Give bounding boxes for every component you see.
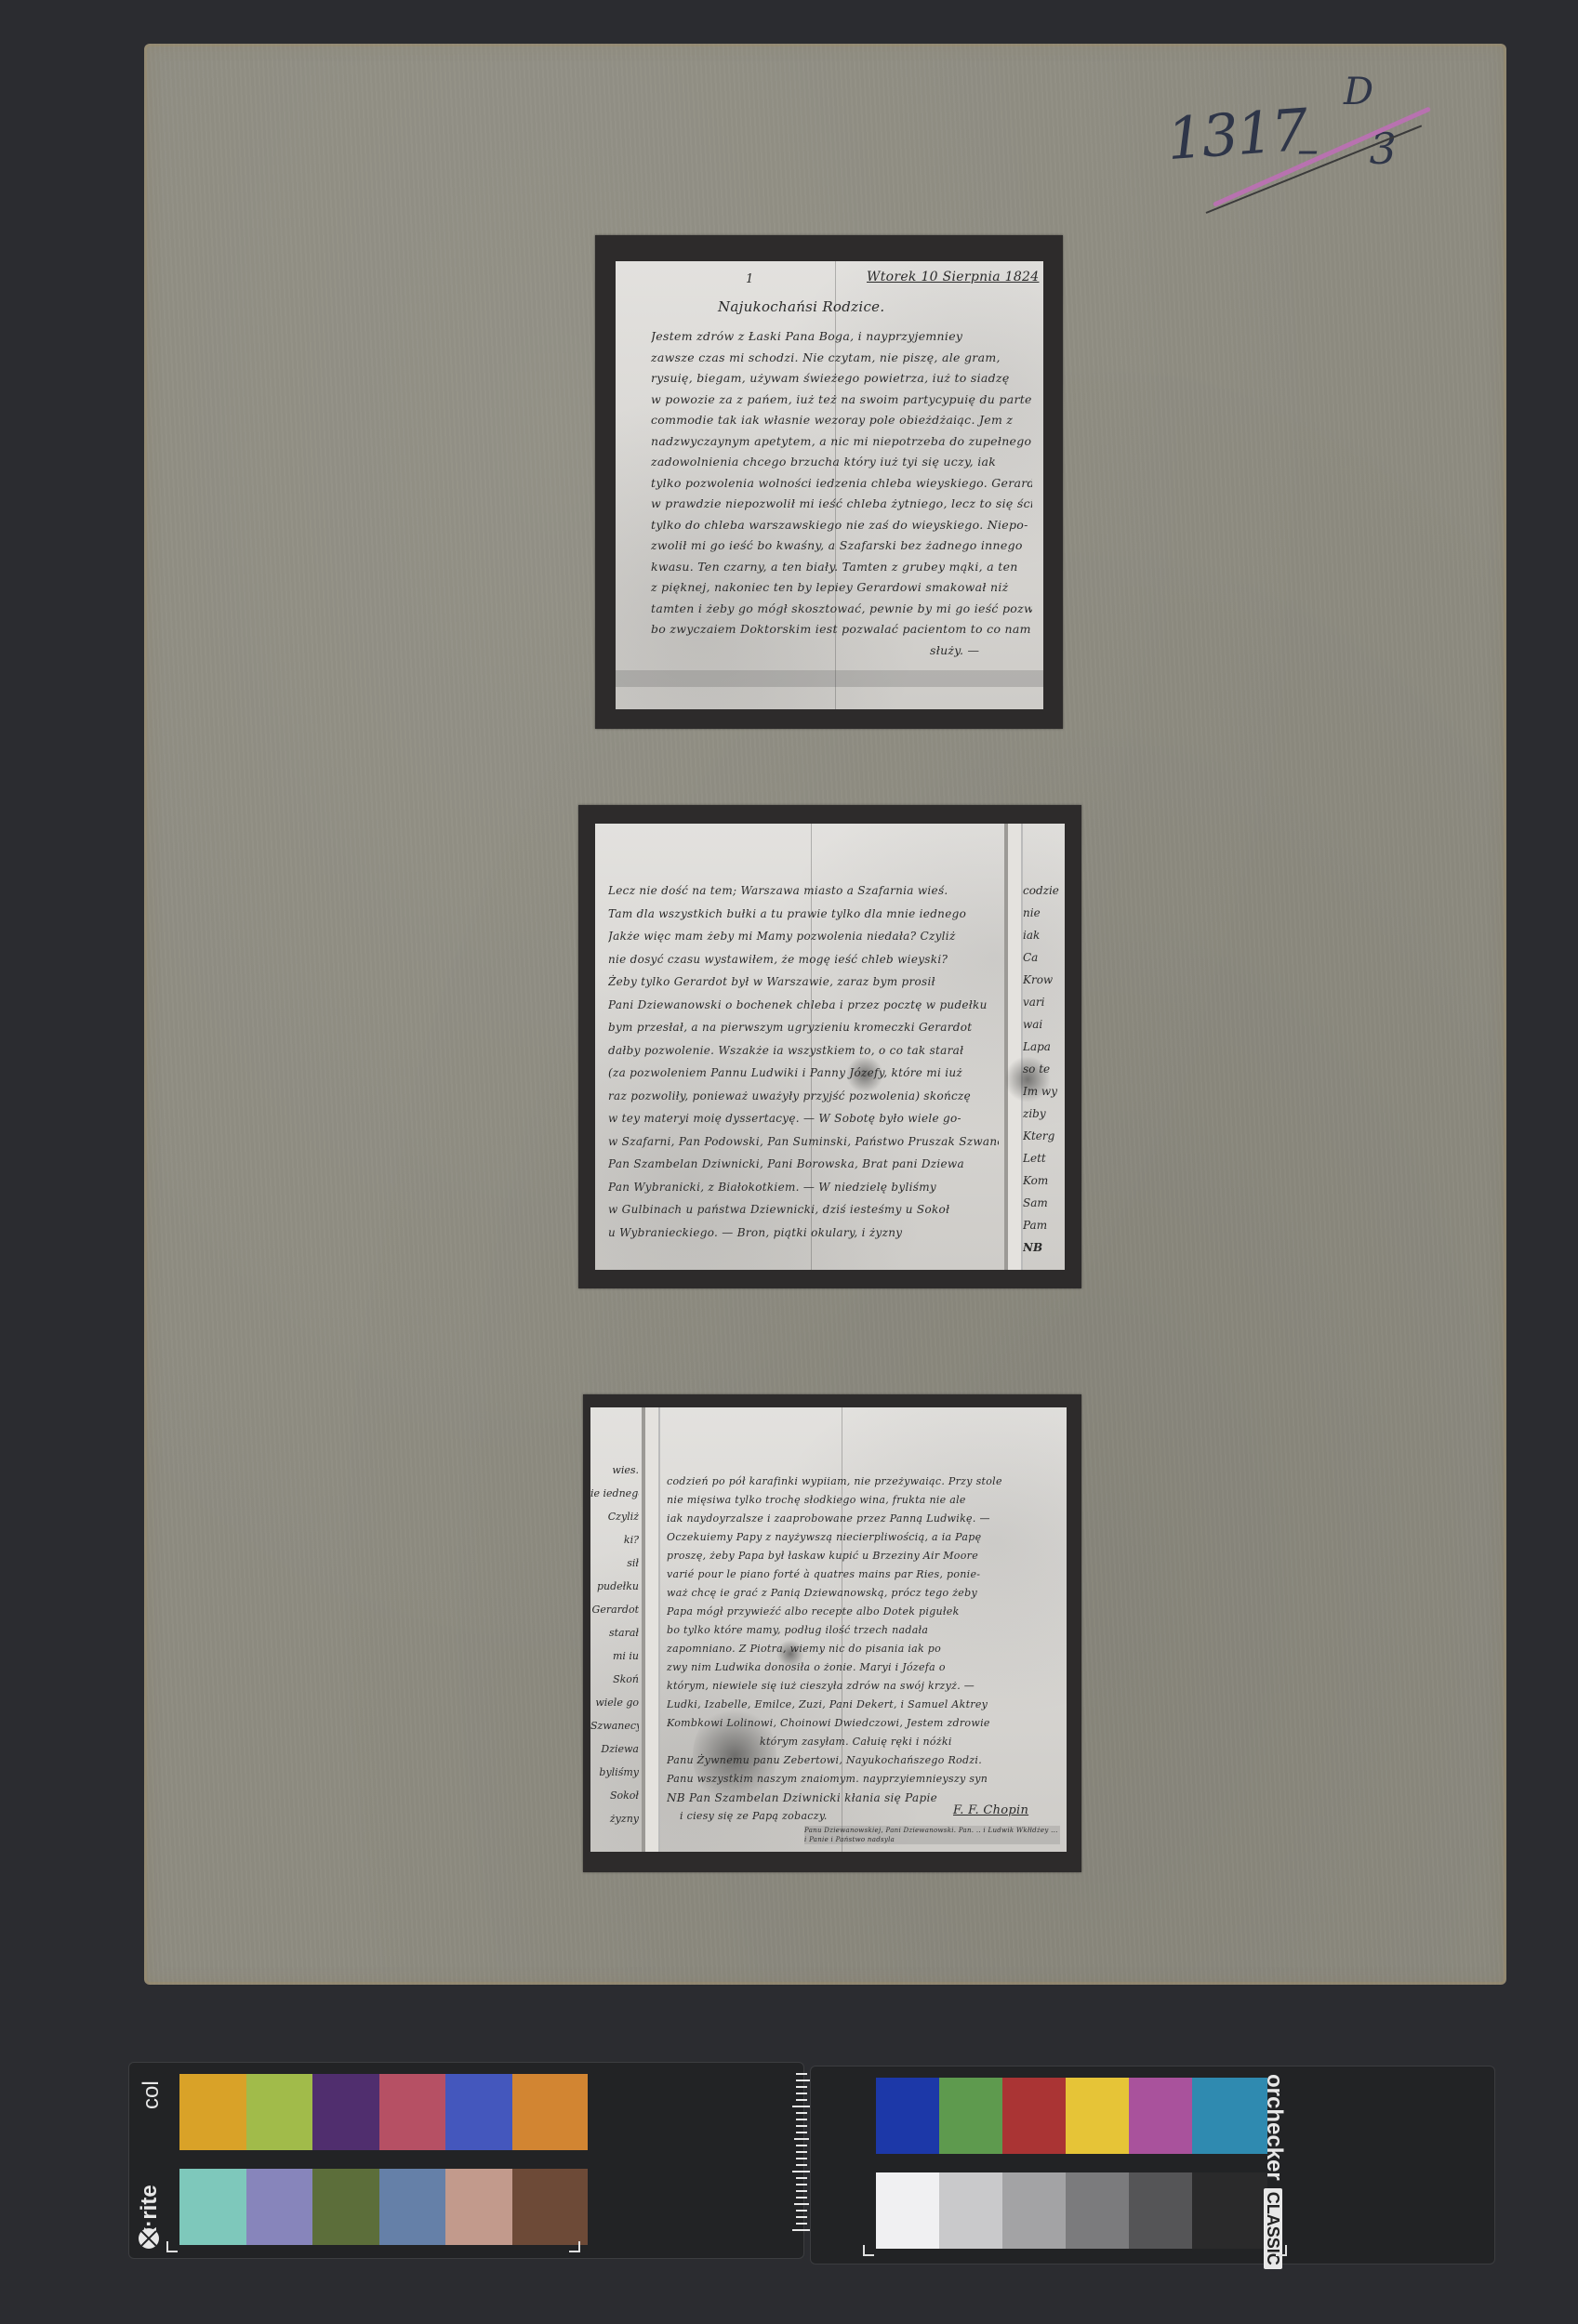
ink-stain xyxy=(776,1640,804,1668)
text-line: nadzwyczaynym apetytem, a nic mi niepotr… xyxy=(651,431,1032,453)
text-line: zadowolnienia chcego brzucha który iuż t… xyxy=(651,452,1032,473)
text-line: Kom xyxy=(1023,1169,1065,1192)
text-line: Ca xyxy=(1023,946,1065,969)
ruler-tick xyxy=(796,2151,807,2153)
color-patch xyxy=(512,2074,588,2150)
page-mark: 1 xyxy=(746,267,754,292)
letter-page-1: 1 Wtorek 10 Sierpnia 1824 Najukochańsi R… xyxy=(616,261,1043,709)
text-line: z pięknej, nakoniec ten by lepiey Gerard… xyxy=(651,577,1032,599)
ruler-tick xyxy=(796,2093,807,2094)
text-line: dałby pozwolenie. Wszakże ia wszystkiem … xyxy=(608,1039,999,1063)
text-line: pudełku xyxy=(590,1575,639,1598)
footer-note: Panu Dziewanowskiej, Pani Dziewanowski. … xyxy=(804,1826,1060,1844)
ruler-tick xyxy=(796,2210,807,2212)
text-line: commodie tak iak własnie wezoray pole ob… xyxy=(651,410,1032,431)
fold-shadow xyxy=(616,670,1043,687)
text-line: w Gulbinach u państwa Dziewnicki, dziś i… xyxy=(608,1198,999,1221)
text-line: zapomniano. Z Piotra, wiemy nic do pisan… xyxy=(667,1640,1057,1658)
text-line: codzie xyxy=(1023,879,1065,902)
text-line: Kterg xyxy=(1023,1125,1065,1147)
photo-page-1: 1 Wtorek 10 Sierpnia 1824 Najukochańsi R… xyxy=(595,235,1063,729)
text-line: Sokoł xyxy=(590,1784,639,1807)
text-line: w Szafarni, Pan Podowski, Pan Suminski, … xyxy=(608,1130,999,1154)
text-line: bo tylko które mamy, podług ilość trzech… xyxy=(667,1621,1057,1640)
text-line: starał xyxy=(590,1621,639,1644)
ruler-tick xyxy=(796,2119,807,2120)
text-line: zawsze czas mi schodzi. Nie czytam, nie … xyxy=(651,348,1032,369)
corner-mark xyxy=(863,2245,874,2256)
text-line: Pan Szambelan Dziwnicki, Pani Borowska, … xyxy=(608,1153,999,1176)
text-line: Krow xyxy=(1023,969,1065,991)
archive-number-superscript: D xyxy=(1344,71,1373,113)
adjacent-page-edge-text: wies. ie iednego Czyliż ki? sił pudełku … xyxy=(590,1459,639,1830)
color-checker-left-card: col x·rite xyxy=(128,2062,804,2259)
text-line: Oczekuiemy Papy z nayżywszą niecierpliwo… xyxy=(667,1528,1057,1547)
text-line: Skoń xyxy=(590,1668,639,1691)
photo-page-3: wies. ie iednego Czyliż ki? sił pudełku … xyxy=(583,1394,1081,1872)
ruler-tick xyxy=(796,2125,807,2127)
ruler-tick xyxy=(796,2145,807,2146)
classic-badge: CLASSIC xyxy=(1264,2188,1282,2269)
ruler-tick xyxy=(796,2164,807,2166)
text-line: iak xyxy=(1023,924,1065,946)
text-line: Pani Dziewanowski o bochenek chleba i pr… xyxy=(608,994,999,1017)
text-line: żyzny xyxy=(590,1807,639,1830)
color-patch xyxy=(379,2074,455,2150)
color-patch xyxy=(379,2169,455,2245)
colorchecker-brand-text: orchecker xyxy=(1262,2074,1287,2181)
text-line: tamten i żeby go mógł skosztować, pewnie… xyxy=(651,599,1032,620)
text-line: u Wybranieckiego. — Bron, piątki okulary… xyxy=(608,1221,999,1245)
text-line: nie xyxy=(1023,902,1065,924)
text-line: zwy nim Ludwika donosiła o żonie. Maryi … xyxy=(667,1658,1057,1677)
text-line: sił xyxy=(590,1552,639,1575)
ruler-tick xyxy=(796,2216,807,2218)
text-line: Jakże więc mam żeby mi Mamy pozwolenia n… xyxy=(608,925,999,948)
text-line: Szwanecy xyxy=(590,1714,639,1737)
text-line: Czyliż xyxy=(590,1505,639,1528)
color-patch xyxy=(445,2074,521,2150)
text-line: NB xyxy=(1023,1236,1065,1259)
text-line: waż chcę ie grać z Panią Dziewanowską, p… xyxy=(667,1584,1057,1603)
archive-number: 1317 xyxy=(1165,96,1309,173)
text-line: codzień po pół karafinki wypiiam, nie pr… xyxy=(667,1472,1057,1491)
ruler-tick xyxy=(796,2177,807,2179)
text-line: Sam xyxy=(1023,1192,1065,1214)
ruler-tick xyxy=(794,2138,809,2140)
text-line: Lapa xyxy=(1023,1036,1065,1058)
archive-number-suffix: – 3 xyxy=(1297,124,1415,174)
text-line: (za pozwoleniem Pannu Ludwiki i Panny Jó… xyxy=(608,1062,999,1085)
text-line: Gerardot xyxy=(590,1598,639,1621)
text-line: tylko do chleba warszawskiego nie zaś do… xyxy=(651,515,1032,536)
corner-mark xyxy=(1276,2245,1287,2256)
archive-number-annotation: 1317 D – 3 xyxy=(1158,73,1437,221)
ruler-tick xyxy=(796,2132,807,2133)
text-line: bo zwyczaiem Doktorskim iest pozwalać pa… xyxy=(651,619,1032,640)
text-line: ki? xyxy=(590,1528,639,1552)
color-patch xyxy=(246,2169,322,2245)
ruler-tick xyxy=(794,2203,809,2205)
text-line: raz pozwoliły, ponieważ uważyły przyjść … xyxy=(608,1085,999,1108)
color-patch xyxy=(1192,2078,1267,2154)
page-join-strip xyxy=(642,1407,660,1852)
ruler-tick xyxy=(796,2073,807,2075)
color-patch xyxy=(179,2169,255,2245)
text-line: Żeby tylko Gerardot był w Warszawie, zar… xyxy=(608,971,999,994)
color-patch xyxy=(246,2074,322,2150)
color-patch xyxy=(312,2074,388,2150)
color-checker-right-card: orcheckerCLASSIC xyxy=(810,2066,1495,2265)
text-line: varié pour le piano forté à quatres main… xyxy=(667,1565,1057,1584)
text-line: byliśmy xyxy=(590,1761,639,1784)
ink-stain xyxy=(693,1705,776,1807)
ruler-tick xyxy=(796,2223,807,2225)
text-line: zwolił mi go ieść bo kwaśny, a Szafarski… xyxy=(651,535,1032,557)
ruler-tick xyxy=(796,2197,807,2199)
ruler-tick xyxy=(796,2158,807,2159)
text-line: w powozie za z pańem, iuż też na swoim p… xyxy=(651,390,1032,411)
signature: F. F. Chopin xyxy=(953,1798,1028,1823)
color-patch xyxy=(512,2169,588,2245)
text-line: nie mięsiwa tylko trochę słodkiego wina,… xyxy=(667,1491,1057,1510)
text-line: w prawdzie niepozwolił mi ieść chleba ży… xyxy=(651,494,1032,515)
letter-body: Jestem zdrów z Łaski Pana Boga, i nayprz… xyxy=(651,326,1032,661)
letter-page-2: Lecz nie dość na tem; Warszawa miasto a … xyxy=(595,824,1065,1270)
text-line: Tam dla wszystkich bułki a tu prawie tyl… xyxy=(608,903,999,926)
text-line: Pam xyxy=(1023,1214,1065,1236)
text-line: mi iu xyxy=(590,1644,639,1668)
photo-page-2: Lecz nie dość na tem; Warszawa miasto a … xyxy=(578,805,1081,1288)
text-line: proszę, żeby Papa był łaskaw kupić u Brz… xyxy=(667,1547,1057,1565)
text-line: Dziewa xyxy=(590,1737,639,1761)
text-line: Jestem zdrów z Łaski Pana Boga, i nayprz… xyxy=(651,326,1032,348)
ruler-tick xyxy=(796,2112,807,2114)
text-line: vari xyxy=(1023,991,1065,1013)
color-patch xyxy=(312,2169,388,2245)
text-line: iak naydoyrzalsze i zaaprobowane przez P… xyxy=(667,1510,1057,1528)
text-line: ie iednego xyxy=(590,1482,639,1505)
text-line: bym przesłał, a na pierwszym ugryzieniu … xyxy=(608,1016,999,1039)
ruler-tick xyxy=(796,2099,807,2101)
salutation: Najukochańsi Rodzice. xyxy=(718,295,884,320)
corner-mark xyxy=(569,2241,580,2252)
page-join-strip xyxy=(1004,824,1023,1270)
ruler-tick xyxy=(796,2086,807,2088)
ruler-tick xyxy=(796,2080,811,2081)
text-line: wai xyxy=(1023,1013,1065,1036)
corner-mark xyxy=(166,2241,178,2252)
letter-page-3: wies. ie iednego Czyliż ki? sił pudełku … xyxy=(590,1407,1067,1852)
ruler-tick xyxy=(796,2190,807,2192)
text-line: Pan Wybranicki, z Białokotkiem. — W nied… xyxy=(608,1176,999,1199)
color-patch xyxy=(1192,2172,1267,2249)
text-line: ziby xyxy=(1023,1103,1065,1125)
xrite-logo-icon xyxy=(139,2228,159,2249)
text-line: kwasu. Ten czarny, a ten biały. Tamten z… xyxy=(651,557,1032,578)
text-line: wies. xyxy=(590,1459,639,1482)
text-line: Lett xyxy=(1023,1147,1065,1169)
text-line: Papa mógł przywieźć albo recepte albo Do… xyxy=(667,1603,1057,1621)
text-line: wiele go xyxy=(590,1691,639,1714)
text-line: rysuię, biegam, używam świeżego powietrz… xyxy=(651,368,1032,390)
text-line: tylko pozwolenia wolności iedzenia chleb… xyxy=(651,473,1032,495)
text-line: nie dosyć czasu wystawiłem, że mogę ieść… xyxy=(608,948,999,971)
ink-stain xyxy=(846,1056,883,1093)
text-line: którym, niewiele się iuż cieszyła zdrów … xyxy=(667,1677,1057,1696)
dateline: Wtorek 10 Sierpnia 1824 xyxy=(867,265,1039,290)
letter-body: Lecz nie dość na tem; Warszawa miasto a … xyxy=(608,879,999,1244)
text-line: służy. — xyxy=(651,640,1032,662)
ruler-tick xyxy=(796,2184,807,2185)
color-patch xyxy=(445,2169,521,2245)
text-line: w tey materyi moię dyssertacyę. — W Sobo… xyxy=(608,1107,999,1130)
text-line: Lecz nie dość na tem; Warszawa miasto a … xyxy=(608,879,999,903)
color-patch xyxy=(179,2074,255,2150)
colorchecker-brand-fragment: col xyxy=(139,2080,165,2109)
ink-stain xyxy=(1004,1056,1051,1103)
colorchecker-brand: orcheckerCLASSIC xyxy=(1261,2074,1287,2269)
